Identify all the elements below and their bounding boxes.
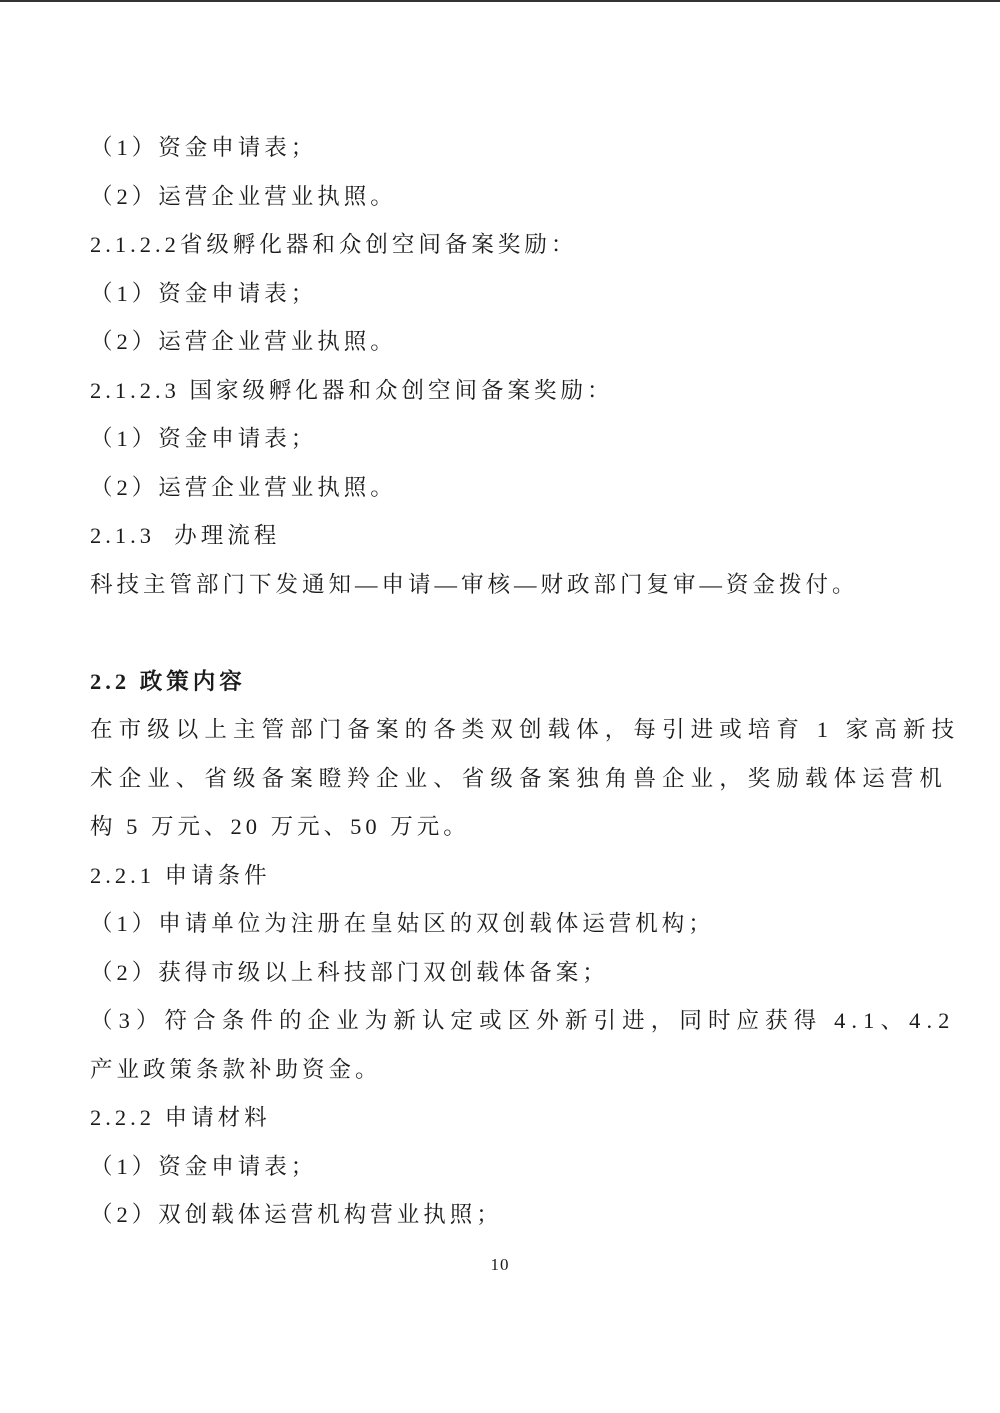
- text-line: （2）双创载体运营机构营业执照；: [90, 1191, 912, 1240]
- text-line: （1）资金申请表；: [90, 415, 912, 464]
- text-line: （1）资金申请表；: [90, 124, 912, 173]
- text-line: 科技主管部门下发通知—申请—审核—财政部门复审—资金拨付。: [90, 561, 912, 610]
- text-line: 在市级以上主管部门备案的各类双创载体，每引进或培育 1 家高新技: [90, 706, 912, 755]
- text-line: （1）资金申请表；: [90, 270, 912, 319]
- text-line: 2.1.2.3 国家级孵化器和众创空间备案奖励：: [90, 367, 912, 416]
- text-line: （1）资金申请表；: [90, 1143, 912, 1192]
- text-line: （1）申请单位为注册在皇姑区的双创载体运营机构；: [90, 900, 912, 949]
- document-page: （1）资金申请表；（2）运营企业营业执照。2.1.2.2省级孵化器和众创空间备案…: [0, 0, 1000, 1413]
- text-line: 术企业、省级备案瞪羚企业、省级备案独角兽企业，奖励载体运营机: [90, 755, 912, 804]
- text-line: 2.2.1 申请条件: [90, 852, 912, 901]
- text-line: （2）获得市级以上科技部门双创载体备案；: [90, 949, 912, 998]
- text-line: 2.1.3 办理流程: [90, 512, 912, 561]
- page-top-edge: [0, 0, 1000, 2]
- blank-line: [90, 609, 912, 658]
- text-line: 2.2.2 申请材料: [90, 1094, 912, 1143]
- text-line: （3）符合条件的企业为新认定或区外新引进，同时应获得 4.1、4.2: [90, 997, 912, 1046]
- text-line: 2.2 政策内容: [90, 658, 912, 707]
- text-line: （2）运营企业营业执照。: [90, 173, 912, 222]
- text-line: 产业政策条款补助资金。: [90, 1046, 912, 1095]
- document-body: （1）资金申请表；（2）运营企业营业执照。2.1.2.2省级孵化器和众创空间备案…: [90, 124, 912, 1240]
- text-line: （2）运营企业营业执照。: [90, 464, 912, 513]
- text-line: 2.1.2.2省级孵化器和众创空间备案奖励：: [90, 221, 912, 270]
- text-line: （2）运营企业营业执照。: [90, 318, 912, 367]
- text-line: 构 5 万元、20 万元、50 万元。: [90, 803, 912, 852]
- page-number: 10: [0, 1255, 1000, 1275]
